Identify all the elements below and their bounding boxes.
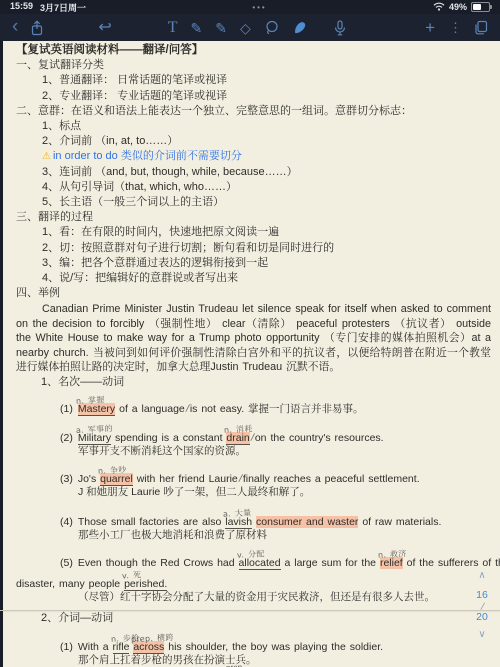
- status-bar: 15:59 3月7日周一 ••• 49%: [0, 0, 500, 14]
- vocab-word: a. 军事的Military: [78, 432, 111, 445]
- translation: J 和她朋友 Laurie 吵了一架，但二人最终和解了。: [60, 486, 491, 500]
- outline-item: 3、连词前 （and, but, though, while, because……: [16, 165, 491, 180]
- vocab-word: n. 消耗drain: [226, 432, 249, 445]
- outline-item: 二、意群：在语义和语法上能表达一个独立、完整意思的一组词。意群切分标志：: [16, 104, 491, 119]
- back-button[interactable]: ‹: [12, 17, 18, 36]
- example-sentence-3: (3)Jo's n. 争吵quarrel with her friend Lau…: [16, 472, 491, 500]
- section-prep-verb: 2、介词—动词: [16, 611, 491, 626]
- outline-item: 2、切：按照意群对句子进行切割；断句看和切是同时进行的: [16, 241, 491, 256]
- outline-item: 3、编：把各个意群通过表达的逻辑衔接到一起: [16, 256, 491, 271]
- outline-item: 2、介词前 （in, at, to……）: [16, 134, 491, 149]
- handwritten-annotation: n. 掌握: [75, 393, 104, 408]
- outline-item: 三、翻译的过程: [16, 210, 491, 225]
- handwritten-annotation: n. 争吵: [98, 464, 127, 479]
- example-paragraph: Canadian Prime Minister Justin Trudeau l…: [16, 302, 491, 375]
- section-noun-verb: 1、名次——动词: [16, 375, 491, 390]
- microphone-button[interactable]: [334, 20, 346, 36]
- page-nav-current[interactable]: 16: [470, 589, 494, 601]
- vocab-phrase: consumer and waster: [256, 516, 358, 528]
- outline-item: 5、长主语（一般三个词以上的主语）: [16, 195, 491, 210]
- vocab-word: n. 救济relief: [380, 557, 403, 569]
- example-sentence-6: (1)With a n. 步枪,rifle prep. 横跨across his…: [16, 640, 491, 667]
- date: 3月7日周一: [40, 1, 86, 14]
- handwritten-annotation: v. 死: [122, 569, 142, 584]
- vocab-word: v. 分配allocated: [239, 557, 281, 570]
- note-page[interactable]: 【复试英语阅读材料——翻译/问答】 一、复试翻译分类 1、普通翻译： 日常话题的…: [0, 41, 500, 667]
- ipad-screen: 15:59 3月7日周一 ••• 49% ‹ ↩ T ✎: [0, 0, 500, 667]
- handwritten-annotation-partial: prep.: [226, 663, 244, 667]
- handwritten-annotation: v. 分配: [236, 548, 264, 563]
- share-button[interactable]: [30, 20, 44, 36]
- page-nav-total: 20: [470, 611, 494, 623]
- vocab-word: n. 争吵quarrel: [100, 473, 133, 486]
- lasso-tool-button[interactable]: [264, 20, 279, 35]
- undo-button[interactable]: ↩: [98, 20, 111, 36]
- outline-item: 4、说/写：把编辑好的意群说或者写出来: [16, 271, 491, 286]
- handwritten-annotation: a. 军事的: [76, 422, 113, 438]
- battery-icon: [471, 2, 490, 12]
- example-sentence-5: (5)Even though the Red Crows had v. 分配al…: [16, 556, 491, 605]
- example-sentence-2: (2)a. 军事的Military spending is a constant…: [16, 431, 491, 459]
- translation: 那些小工厂也极大地消耗和浪费了原材料: [60, 529, 491, 543]
- translation: 那个肩上扛着步枪的男孩在扮演士兵。: [60, 654, 491, 667]
- battery-percent: 49%: [449, 2, 467, 12]
- pencil-tool-button[interactable]: ✎: [191, 21, 203, 35]
- outline-item: 1、看：在有限的时间内，快速地把原文阅读一遍: [16, 225, 491, 240]
- vocab-word: v. 死perished.: [124, 578, 167, 591]
- outline-item: 2、专业翻译： 专业话题的笔译或视译: [16, 89, 491, 104]
- warning-note: ⚠in order to do 类似的介词前不需要切分: [16, 149, 491, 164]
- page-nav-up[interactable]: ∧: [470, 569, 494, 581]
- note-title: 【复试英语阅读材料——翻译/问答】: [16, 43, 491, 58]
- page-nav-down[interactable]: ∨: [470, 628, 494, 640]
- outline-item: 一、复试翻译分类: [16, 58, 491, 73]
- example-sentence-1: (1)n. 掌握Mastery of a language/is not eas…: [16, 402, 491, 416]
- vocab-word: n. 步枪,rifle: [113, 641, 130, 654]
- text-tool-button[interactable]: T: [168, 20, 178, 36]
- outline-item: 1、普通翻译： 日常话题的笔译或视译: [16, 73, 491, 88]
- pages-overview-button[interactable]: [474, 20, 488, 35]
- translation: （尽管）红十字协会分配了大量的资金用于灾民救济，但还是有很多人去世。: [60, 591, 491, 605]
- vocab-word: prep. 横跨across: [133, 641, 164, 654]
- handwritten-annotation: prep. 横跨: [131, 631, 174, 647]
- toolbar: ‹ ↩ T ✎ ✎ ◇ +: [0, 14, 500, 41]
- warning-icon: ⚠: [42, 151, 51, 162]
- handwritten-annotation: a. 大量: [223, 506, 252, 521]
- outline-item: 1、标点: [16, 119, 491, 134]
- outline-item: 4、从句引导词（that, which, who……）: [16, 180, 491, 195]
- eraser-tool-button[interactable]: ◇: [240, 21, 251, 35]
- outline-item: 四、举例: [16, 286, 491, 301]
- more-options-button[interactable]: ⋮: [449, 21, 462, 34]
- vocab-word: a. 大量lavish: [225, 516, 252, 529]
- wifi-icon: [433, 2, 445, 13]
- pen-tool-button[interactable]: ✎: [215, 21, 227, 35]
- multitask-dots-icon: •••: [252, 3, 266, 12]
- handwritten-annotation: n. 消耗: [224, 422, 253, 437]
- example-sentence-4: (4)Those small factories are also a. 大量l…: [16, 515, 491, 543]
- vocab-word: n. 掌握Mastery: [78, 403, 115, 416]
- clock: 15:59: [10, 1, 33, 14]
- translation: 军事开支不断消耗这个国家的资源。: [60, 445, 491, 459]
- handwritten-annotation: n. 救济: [378, 548, 407, 563]
- add-page-button[interactable]: +: [425, 19, 435, 36]
- marker-tool-button-active[interactable]: [292, 20, 308, 35]
